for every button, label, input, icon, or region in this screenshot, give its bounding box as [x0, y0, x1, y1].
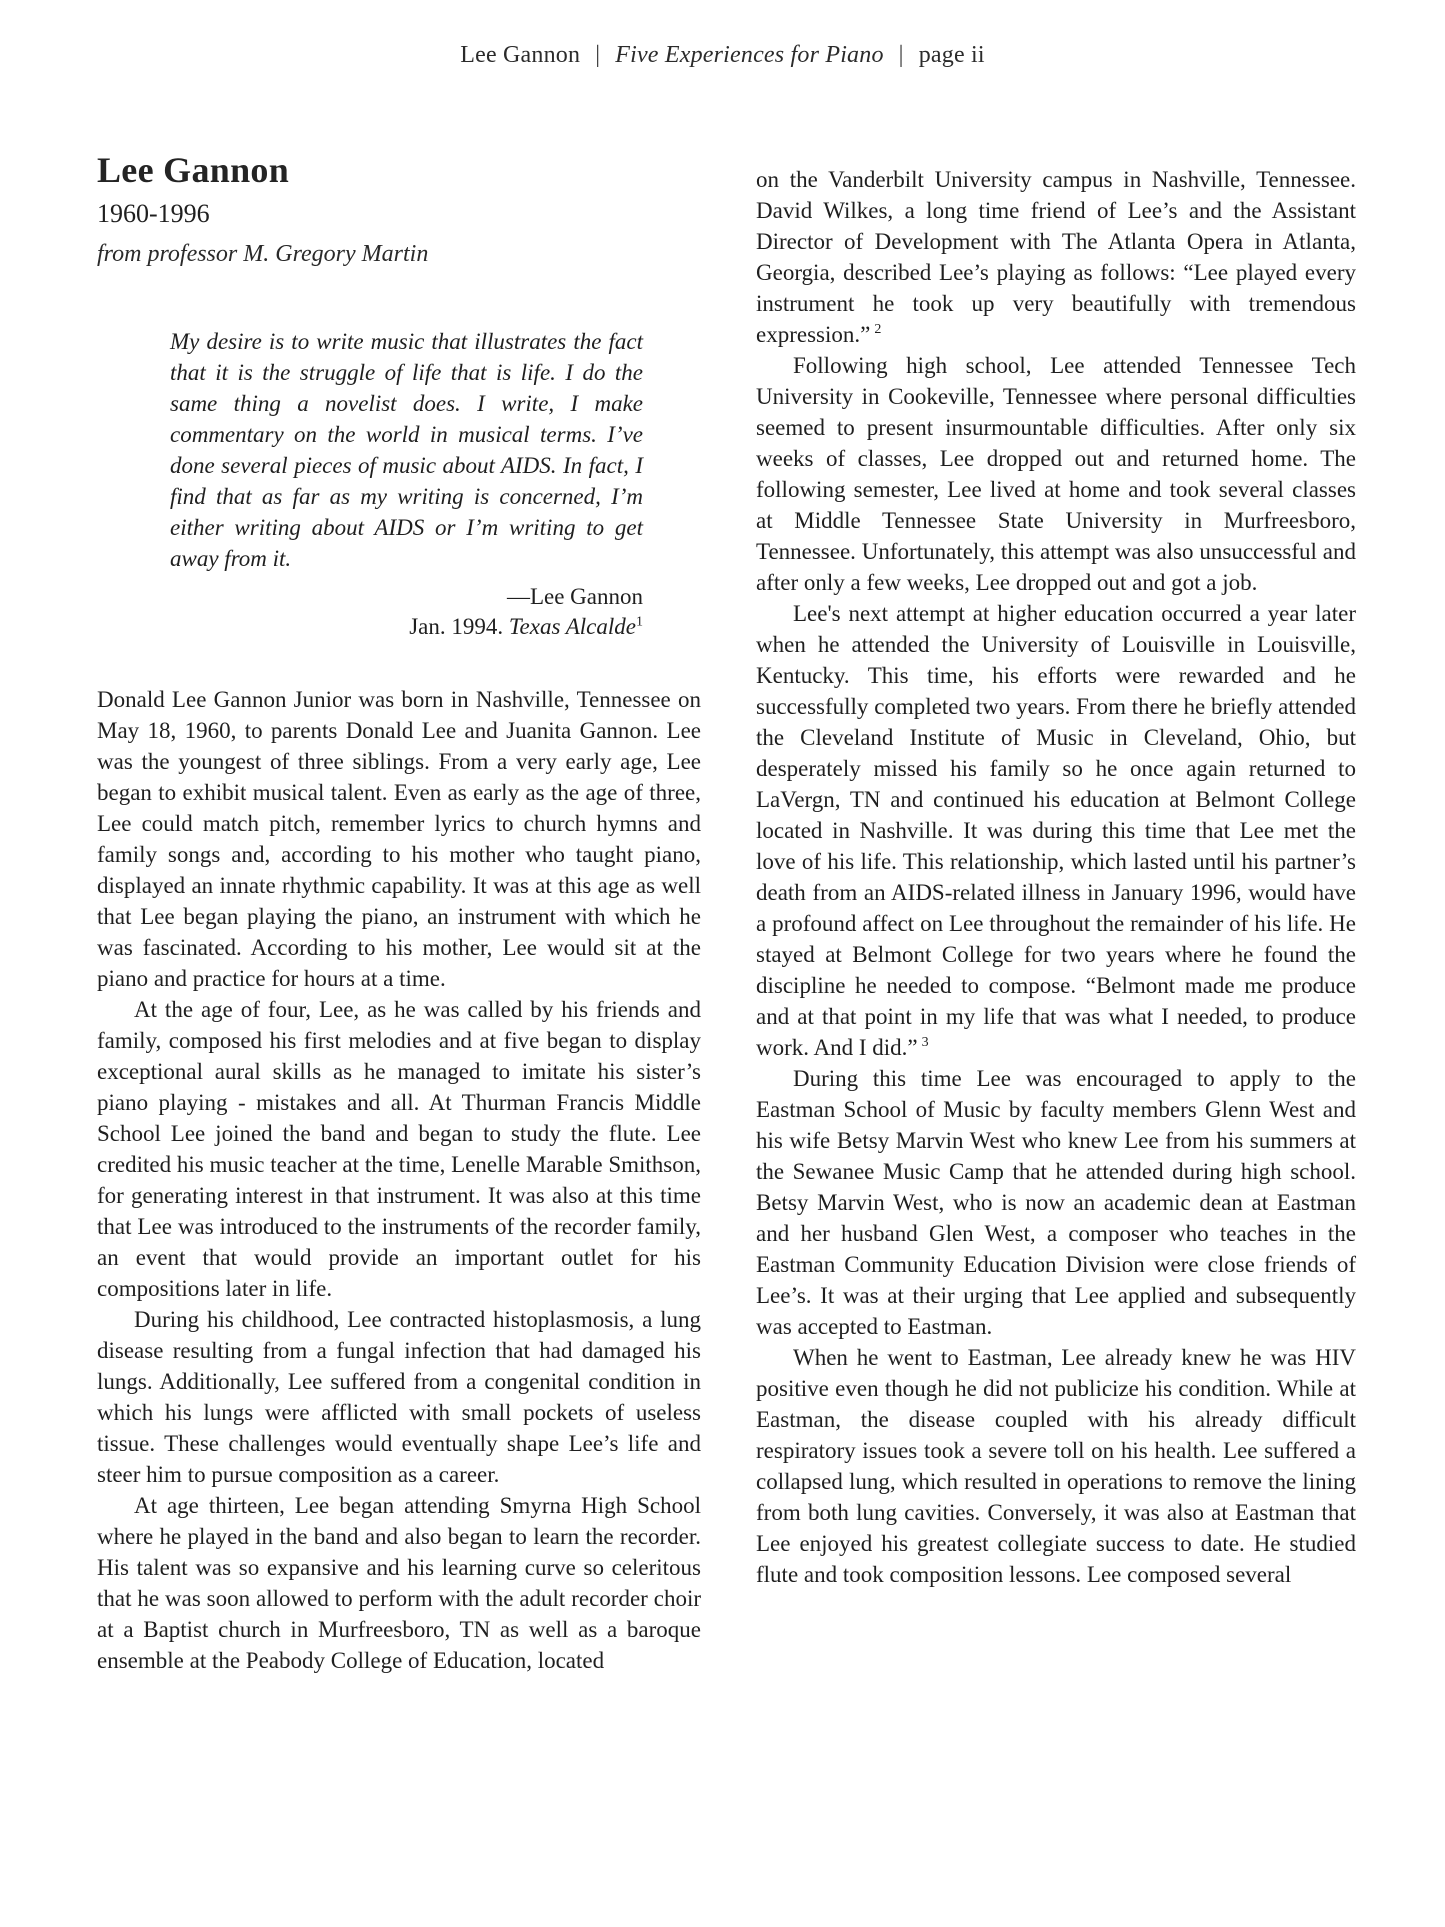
- header-work-title: Five Experiences for Piano: [615, 42, 883, 68]
- paragraph-text: Lee's next attempt at higher education o…: [756, 601, 1356, 1060]
- footnote-ref-3: 3: [922, 1035, 929, 1050]
- attribution-source: Texas Alcalde: [509, 614, 636, 639]
- life-dates: 1960-1996: [97, 199, 701, 229]
- footnote-ref-1: 1: [636, 615, 643, 630]
- paragraph: During his childhood, Lee contracted his…: [97, 1304, 701, 1490]
- paragraph: During this time Lee was encouraged to a…: [756, 1063, 1356, 1342]
- header-page-number: page ii: [919, 42, 985, 68]
- paragraph-text: on the Vanderbilt University campus in N…: [756, 167, 1356, 347]
- paragraph: on the Vanderbilt University campus in N…: [756, 164, 1356, 350]
- paragraph: At the age of four, Lee, as he was calle…: [97, 994, 701, 1304]
- attribution-date: Jan. 1994.: [409, 614, 509, 639]
- running-header: Lee Gannon|Five Experiences for Piano|pa…: [0, 0, 1445, 70]
- epigraph-quote: My desire is to write music that illustr…: [170, 326, 643, 574]
- paragraph: Following high school, Lee attended Tenn…: [756, 350, 1356, 598]
- attribution-name: —Lee Gannon: [97, 582, 643, 612]
- document-page: Lee Gannon|Five Experiences for Piano|pa…: [0, 0, 1445, 1927]
- header-separator: |: [595, 40, 600, 70]
- paragraph: Donald Lee Gannon Junior was born in Nas…: [97, 684, 701, 994]
- page-title: Lee Gannon: [97, 150, 701, 191]
- left-column: Lee Gannon 1960-1996 from professor M. G…: [97, 150, 701, 1676]
- quote-attribution: —Lee Gannon Jan. 1994. Texas Alcalde1: [97, 582, 643, 642]
- byline: from professor M. Gregory Martin: [97, 241, 701, 268]
- paragraph: When he went to Eastman, Lee already kne…: [756, 1342, 1356, 1590]
- header-separator: |: [899, 40, 904, 70]
- paragraph: Lee's next attempt at higher education o…: [756, 598, 1356, 1063]
- footnote-ref-2: 2: [874, 322, 881, 337]
- paragraph: At age thirteen, Lee began attending Smy…: [97, 1490, 701, 1676]
- attribution-source-line: Jan. 1994. Texas Alcalde1: [97, 612, 643, 642]
- right-column: on the Vanderbilt University campus in N…: [756, 164, 1356, 1676]
- header-author: Lee Gannon: [460, 42, 580, 68]
- page-content: Lee Gannon 1960-1996 from professor M. G…: [0, 150, 1445, 1676]
